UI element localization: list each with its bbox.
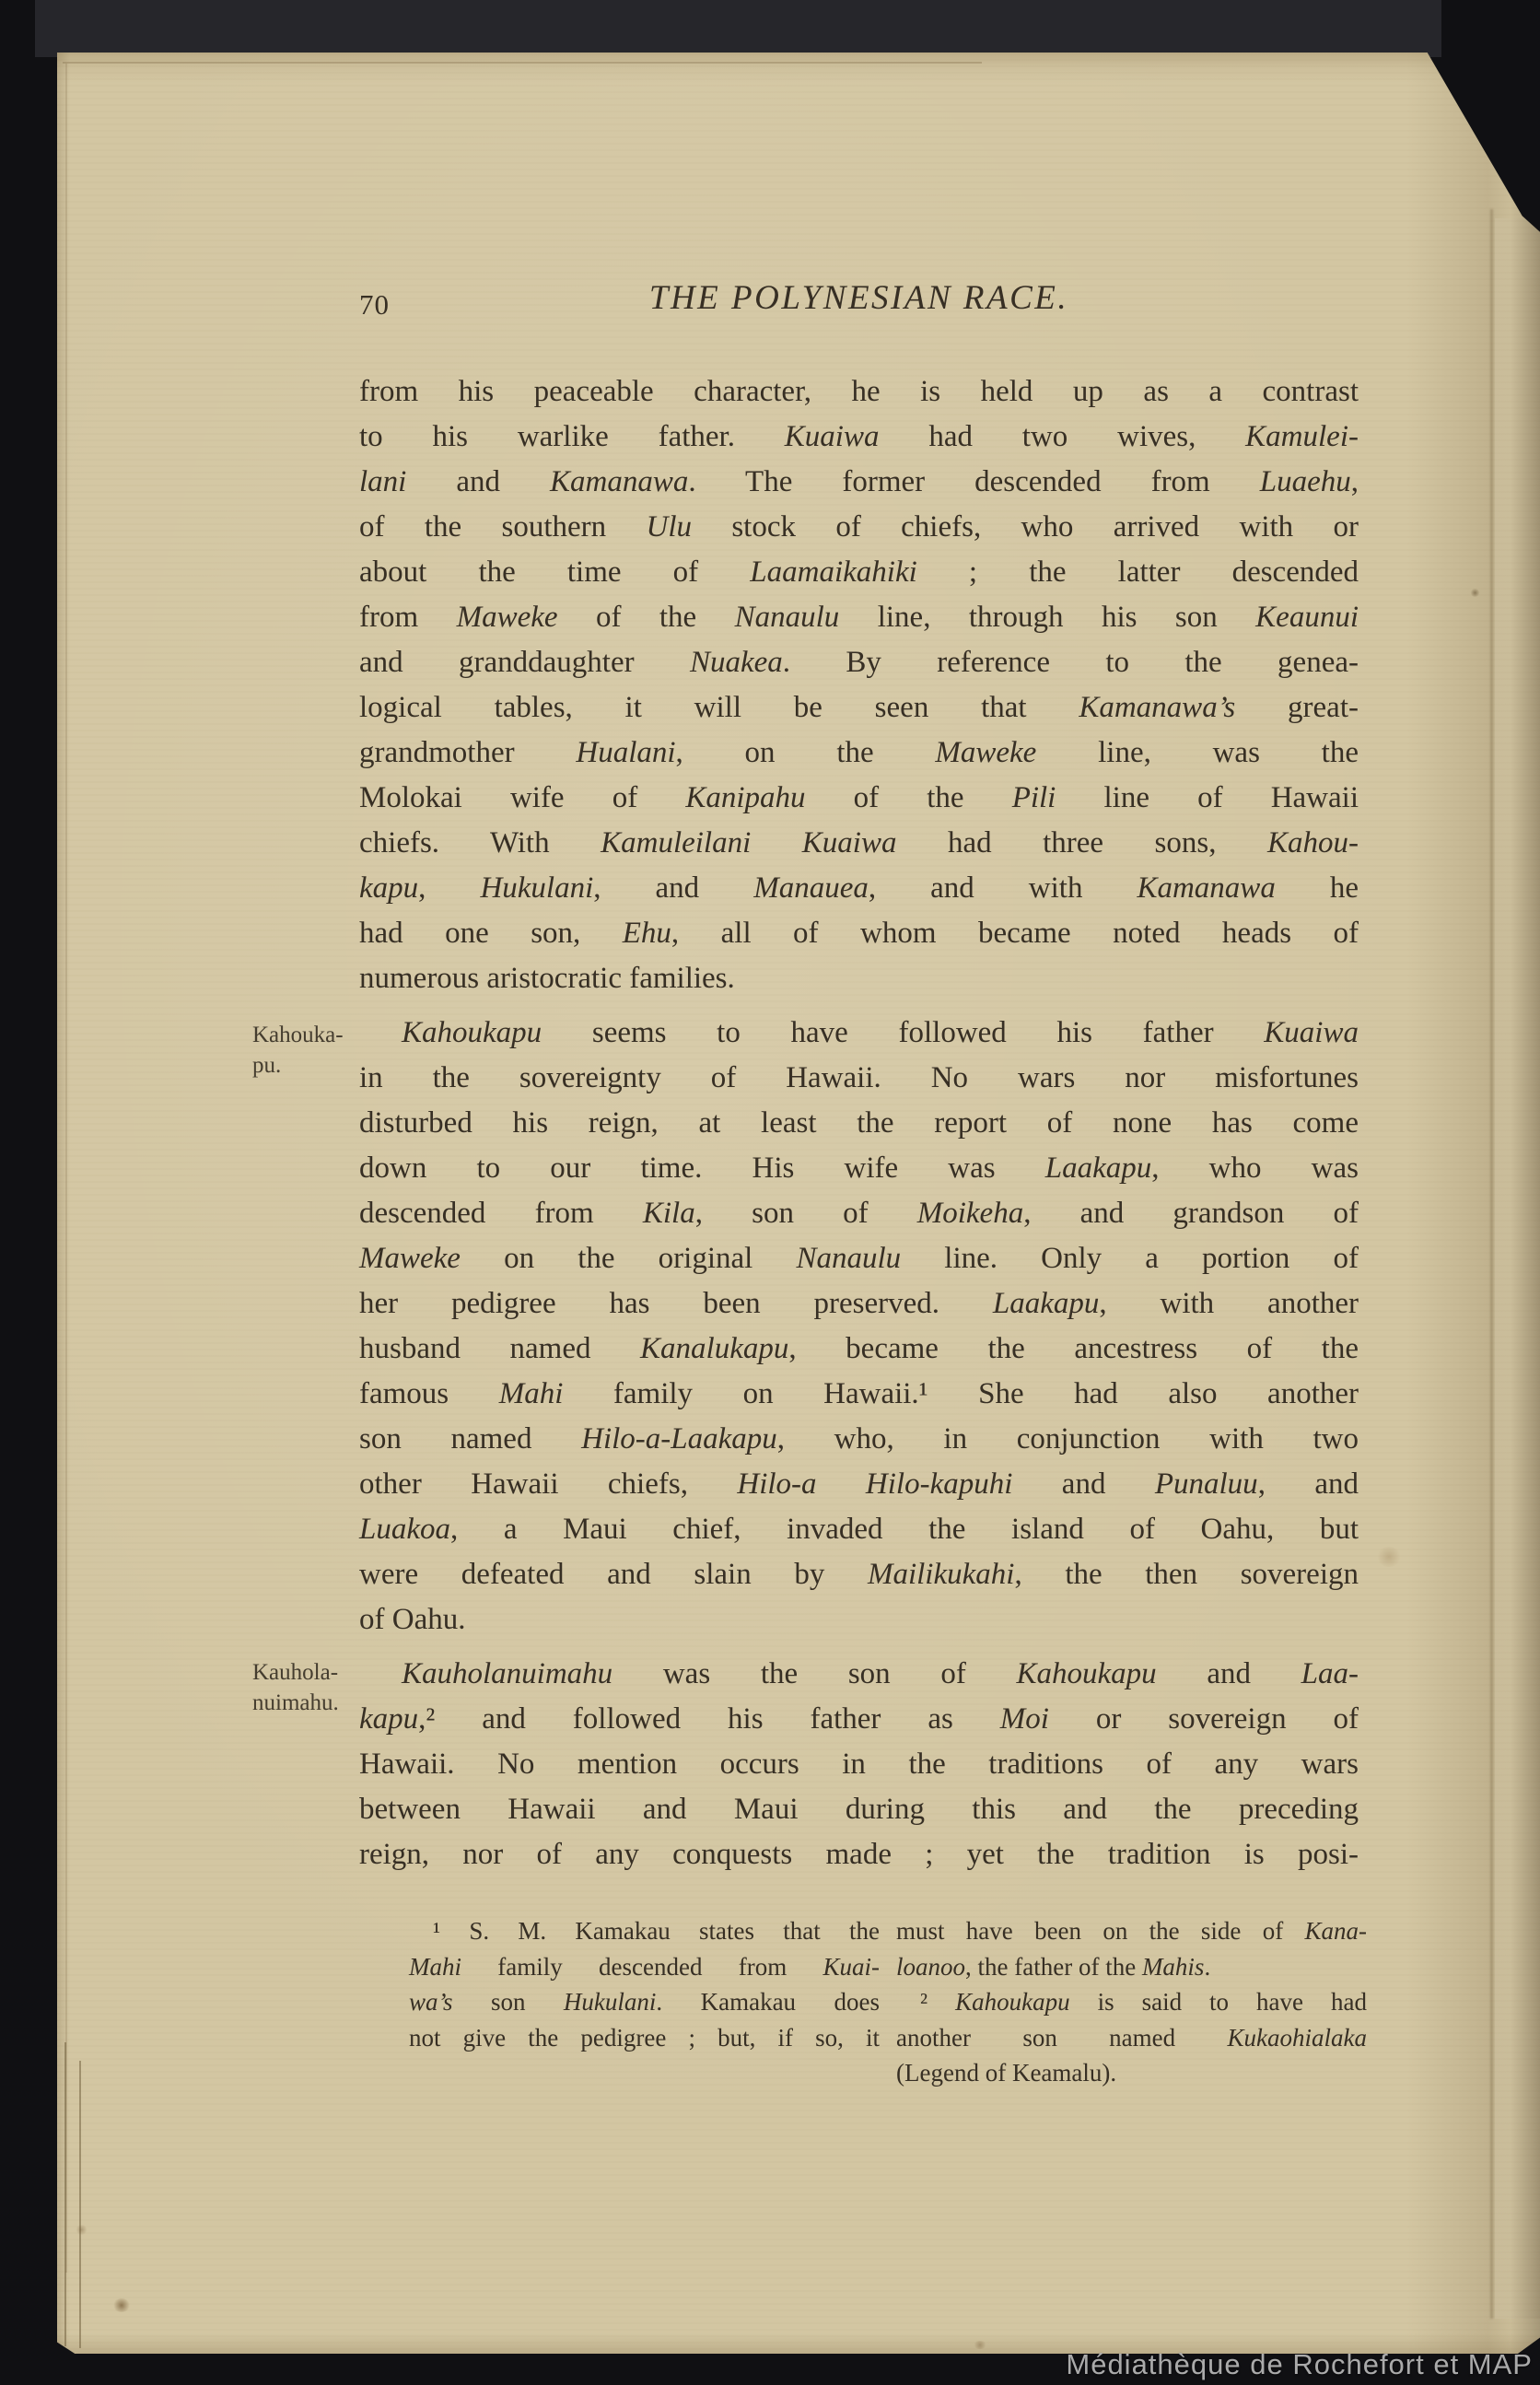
text-line: from Maweke of the Nanaulu line, through… bbox=[359, 595, 1359, 640]
page-edge-line bbox=[65, 64, 67, 2273]
text-line: and granddaughter Nuakea. By reference t… bbox=[359, 640, 1359, 685]
book-cover-edge bbox=[35, 0, 1441, 57]
text-line: had one son, Ehu, all of whom became not… bbox=[359, 911, 1359, 956]
book-page: 70 THE POLYNESIAN RACE. Kahouka-pu. Kauh… bbox=[57, 53, 1540, 2354]
text-line: between Hawaii and Maui during this and … bbox=[359, 1787, 1359, 1832]
paragraph: from his peaceable character, he is held… bbox=[359, 369, 1359, 1001]
text-line: her pedigree has been preserved. Laakapu… bbox=[359, 1281, 1359, 1327]
text-line: lani and Kamanawa. The former descended … bbox=[359, 460, 1359, 505]
body-text: from his peaceable character, he is held… bbox=[359, 369, 1359, 1887]
text-line: famous Mahi family on Hawaii.¹ She had a… bbox=[359, 1372, 1359, 1417]
text-line: reign, nor of any conquests made ; yet t… bbox=[359, 1832, 1359, 1877]
text-line: were defeated and slain by Mailikukahi, … bbox=[359, 1552, 1359, 1597]
text-line: of Oahu. bbox=[359, 1597, 1359, 1643]
paragraph: Kauholanuimahu was the son of Kahoukapu … bbox=[359, 1652, 1359, 1877]
text-line: wa’s son Hukulani. Kamakau does bbox=[409, 1984, 880, 2020]
text-line: ¹ S. M. Kamakau states that the bbox=[409, 1913, 880, 1949]
text-line: husband named Kanalukapu, became the anc… bbox=[359, 1327, 1359, 1372]
margin-note-kauholanuimahu: Kauhola-nuimahu. bbox=[252, 1657, 365, 1718]
text-line: Kahoukapu seems to have followed his fat… bbox=[359, 1011, 1359, 1056]
margin-note-line: Kahouka- bbox=[252, 1020, 365, 1050]
text-line: kapu, Hukulani, and Manauea, and with Ka… bbox=[359, 866, 1359, 911]
paragraph: Kahoukapu seems to have followed his fat… bbox=[359, 1011, 1359, 1643]
foxing-stain bbox=[1376, 1547, 1402, 1567]
text-line: of the southern Ulu stock of chiefs, who… bbox=[359, 505, 1359, 550]
library-watermark: Médiathèque de Rochefort et MAP bbox=[1066, 2348, 1533, 2381]
footnote-column-left: ¹ S. M. Kamakau states that theMahi fami… bbox=[409, 1913, 880, 2091]
text-line: Kauholanuimahu was the son of Kahoukapu … bbox=[359, 1652, 1359, 1697]
margin-note-kahoukapu: Kahouka-pu. bbox=[252, 1020, 365, 1081]
scanned-book-viewer: 70 THE POLYNESIAN RACE. Kahouka-pu. Kauh… bbox=[0, 0, 1540, 2385]
margin-note-line: pu. bbox=[252, 1050, 365, 1081]
foxing-stain bbox=[1470, 589, 1480, 597]
page-header: 70 THE POLYNESIAN RACE. bbox=[359, 277, 1359, 320]
text-line: to his warlike father. Kuaiwa had two wi… bbox=[359, 415, 1359, 460]
text-line: from his peaceable character, he is held… bbox=[359, 369, 1359, 415]
text-line: another son named Kukaohialaka bbox=[896, 2020, 1367, 2056]
text-line: about the time of Laamaikahiki ; the lat… bbox=[359, 550, 1359, 595]
text-line: son named Hilo-a-Laakapu, who, in conjun… bbox=[359, 1417, 1359, 1462]
text-line: disturbed his reign, at least the report… bbox=[359, 1101, 1359, 1146]
text-line: in the sovereignty of Hawaii. No wars no… bbox=[359, 1056, 1359, 1101]
text-line: Molokai wife of Kanipahu of the Pili lin… bbox=[359, 776, 1359, 821]
running-title: THE POLYNESIAN RACE. bbox=[359, 277, 1359, 320]
text-line: ² Kahoukapu is said to have had bbox=[896, 1984, 1367, 2020]
text-line: grandmother Hualani, on the Maweke line,… bbox=[359, 731, 1359, 776]
text-line: descended from Kila, son of Moikeha, and… bbox=[359, 1191, 1359, 1236]
foxing-stain bbox=[76, 2225, 87, 2235]
page-number: 70 bbox=[359, 288, 390, 322]
text-line: logical tables, it will be seen that Kam… bbox=[359, 685, 1359, 731]
text-line: other Hawaii chiefs, Hilo-a Hilo-kapuhi … bbox=[359, 1462, 1359, 1507]
text-line: not give the pedigree ; but, if so, it bbox=[409, 2020, 880, 2056]
stacked-pages-edge bbox=[64, 2042, 66, 2346]
text-line: numerous aristocratic families. bbox=[359, 956, 1359, 1001]
foxing-stain bbox=[973, 2341, 987, 2349]
gutter-shading bbox=[1495, 218, 1540, 2319]
margin-note-line: Kauhola- bbox=[252, 1657, 365, 1688]
stacked-pages-edge bbox=[79, 2061, 81, 2348]
page-edge-line bbox=[63, 62, 982, 64]
text-line: (Legend of Keamalu). bbox=[896, 2055, 1367, 2091]
footnotes: ¹ S. M. Kamakau states that theMahi fami… bbox=[409, 1913, 1367, 2091]
text-line: Mahi family descended from Kuai- bbox=[409, 1949, 880, 1985]
text-line: Hawaii. No mention occurs in the traditi… bbox=[359, 1742, 1359, 1787]
text-line: loanoo, the father of the Mahis. bbox=[896, 1949, 1367, 1985]
foxing-stain bbox=[112, 2298, 131, 2312]
text-line: kapu,² and followed his father as Moi or… bbox=[359, 1697, 1359, 1742]
text-line: down to our time. His wife was Laakapu, … bbox=[359, 1146, 1359, 1191]
text-line: Maweke on the original Nanaulu line. Onl… bbox=[359, 1236, 1359, 1281]
text-line: chiefs. With Kamuleilani Kuaiwa had thre… bbox=[359, 821, 1359, 866]
text-line: Luakoa, a Maui chief, invaded the island… bbox=[359, 1507, 1359, 1552]
margin-note-line: nuimahu. bbox=[252, 1688, 365, 1718]
gutter-crease bbox=[1490, 209, 1493, 2319]
text-line: must have been on the side of Kana- bbox=[896, 1913, 1367, 1949]
footnote-column-right: must have been on the side of Kana-loano… bbox=[896, 1913, 1367, 2091]
